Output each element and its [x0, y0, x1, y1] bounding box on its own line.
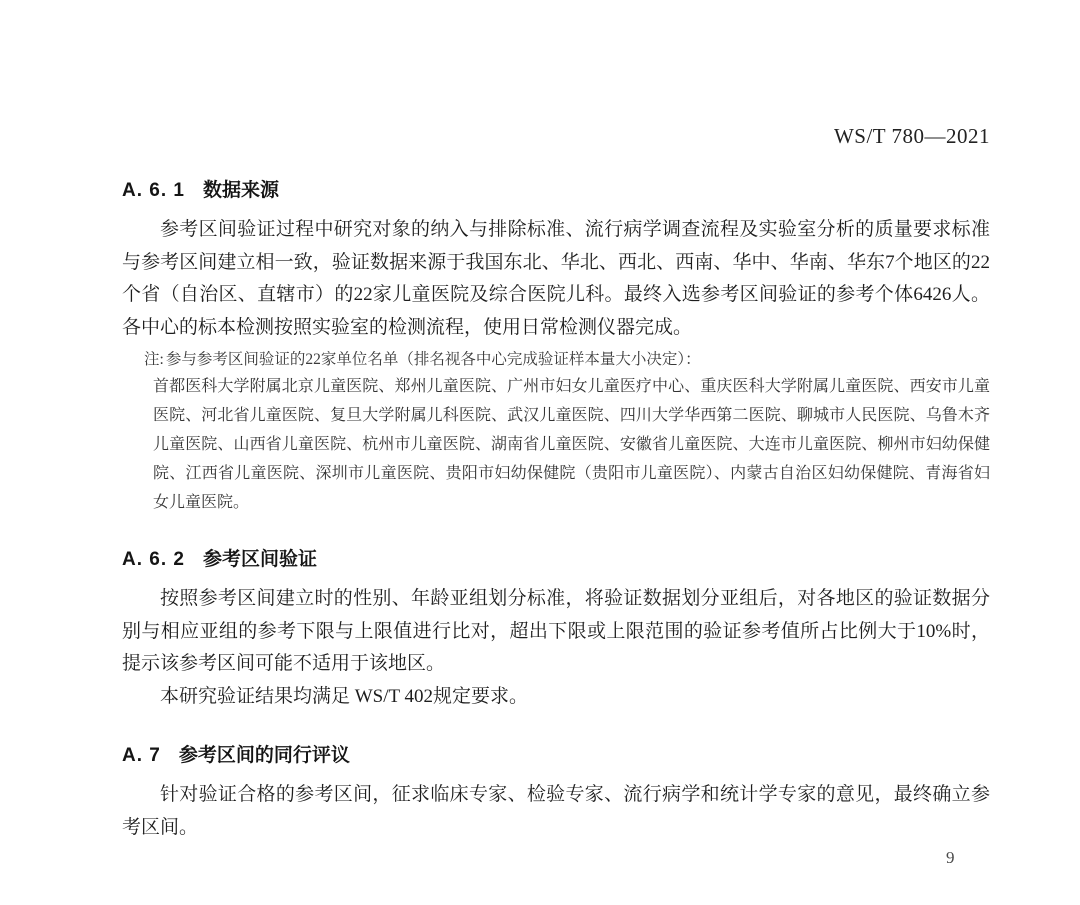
section-title: 参考区间的同行评议 [179, 745, 350, 766]
paragraph-data-source: 参考区间验证过程中研究对象的纳入与排除标准、流行病学调查流程及实验室分析的质量要… [122, 214, 990, 344]
paragraph-verification: 按照参考区间建立时的性别、年龄亚组划分标准，将验证数据划分亚组后，对各地区的验证… [122, 583, 990, 681]
section-heading-a61: A. 6. 1数据来源 [122, 178, 990, 204]
section-number: A. 6. 2 [122, 549, 185, 570]
paragraph-peer-review: 针对验证合格的参考区间，征求临床专家、检验专家、流行病学和统计学专家的意见，最终… [122, 779, 990, 844]
note-hospital-list: 首都医科大学附属北京儿童医院、郑州儿童医院、广州市妇女儿童医疗中心、重庆医科大学… [153, 372, 990, 517]
section-number: A. 7 [122, 745, 161, 766]
section-heading-a7: A. 7参考区间的同行评议 [122, 743, 990, 769]
page-number: 9 [946, 848, 955, 868]
document-page: WS/T 780—2021 A. 6. 1数据来源 参考区间验证过程中研究对象的… [0, 0, 1080, 905]
note-intro-line: 注:参与参考区间验证的22家单位名单（排名视各中心完成验证样本量大小决定）： [144, 347, 990, 372]
note-label: 注: [144, 351, 164, 368]
note-block: 注:参与参考区间验证的22家单位名单（排名视各中心完成验证样本量大小决定）： 首… [122, 347, 990, 517]
paragraph-verification-result: 本研究验证结果均满足 WS/T 402规定要求。 [122, 681, 990, 714]
section-heading-a62: A. 6. 2参考区间验证 [122, 547, 990, 573]
note-intro-text: 参与参考区间验证的22家单位名单（排名视各中心完成验证样本量大小决定）： [166, 351, 701, 368]
document-standard-number: WS/T 780—2021 [122, 0, 990, 148]
section-number: A. 6. 1 [122, 180, 185, 201]
section-title: 参考区间验证 [203, 549, 317, 570]
section-title: 数据来源 [203, 180, 279, 201]
